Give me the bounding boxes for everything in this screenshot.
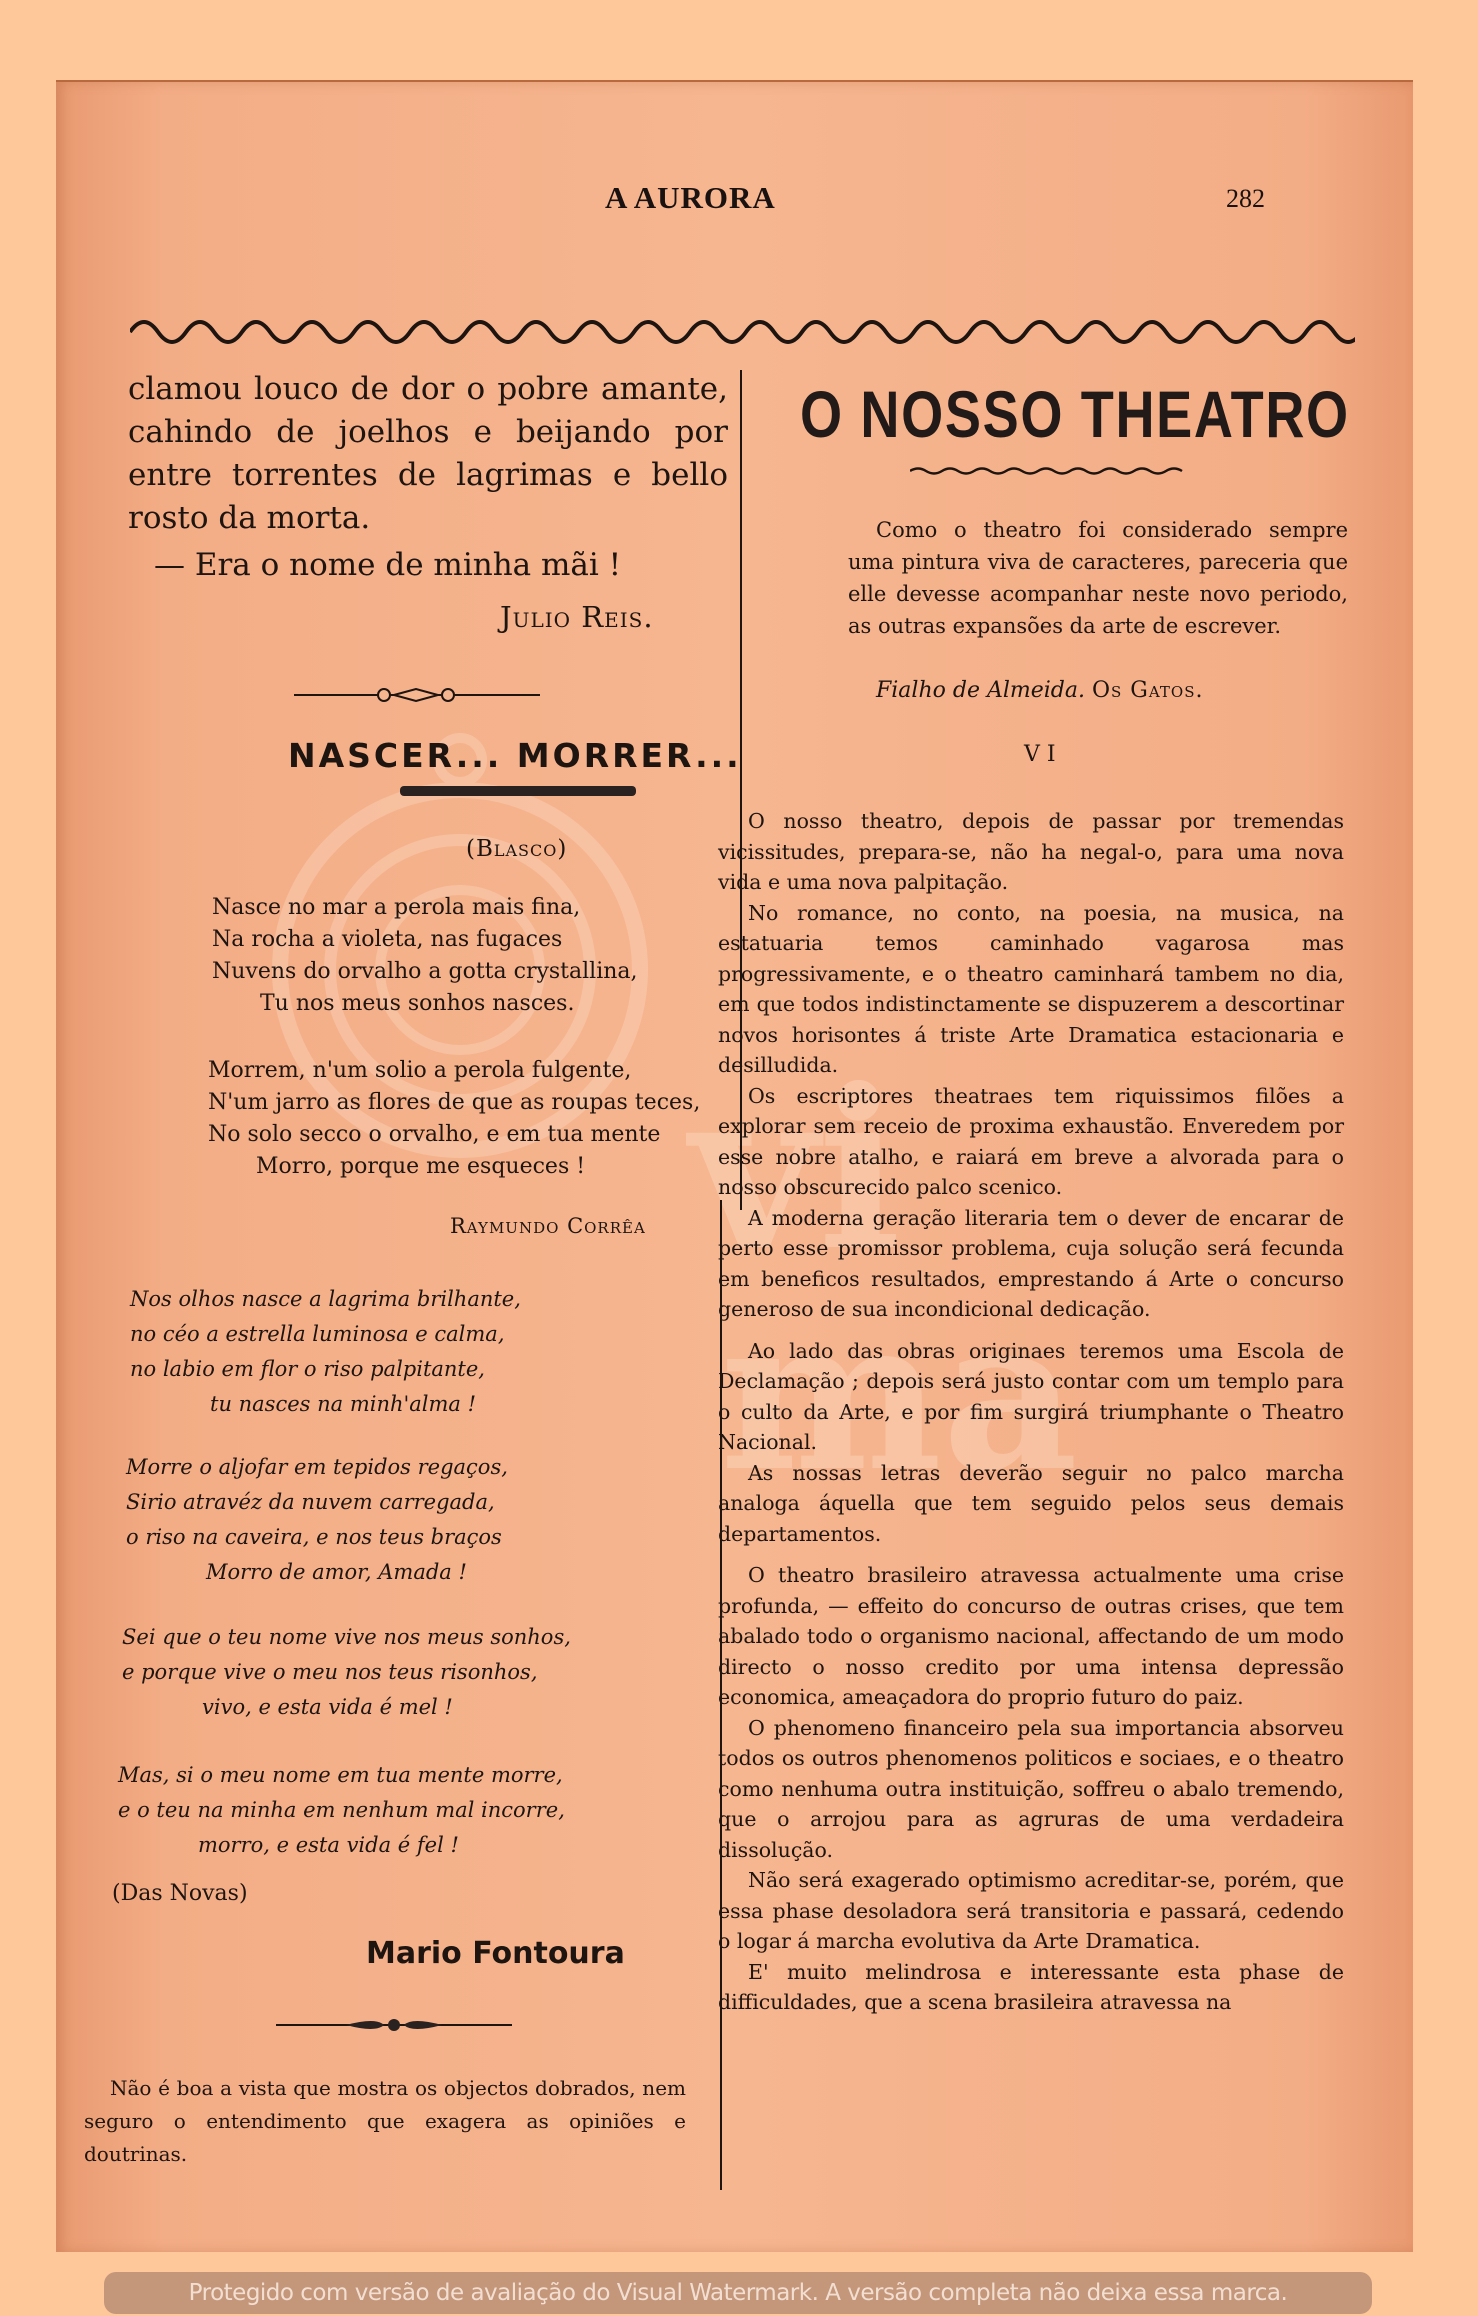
title-underline <box>400 786 636 796</box>
poem-title: NASCER... MORRER... <box>288 736 742 775</box>
stanza: Mas, si o meu nome em tua mente morre, e… <box>118 1758 565 1863</box>
ornament-divider-icon <box>294 688 540 702</box>
poem-author: Mario Fontoura <box>366 1936 625 1971</box>
poem-source: (Das Novas) <box>112 1878 248 1910</box>
story-dialog: — Era o nome de minha mãi ! <box>128 544 728 587</box>
stanza: Sei que o teu nome vive nos meus sonhos,… <box>122 1620 571 1725</box>
paragraph: O nosso theatro, depois de passar por tr… <box>718 806 1344 898</box>
paragraph: Não será exagerado optimismo acreditar-s… <box>718 1865 1344 1957</box>
page-number: 282 <box>1226 184 1265 214</box>
journal-title: A AURORA <box>605 180 776 216</box>
stanza: Nasce no mar a perola mais fina, Na roch… <box>212 892 638 1020</box>
watermark-banner: Protegido com versão de avaliação do Vis… <box>104 2272 1372 2314</box>
squiggle-divider-icon <box>910 464 1185 478</box>
paragraph: No romance, no conto, na poesia, na musi… <box>718 898 1344 1081</box>
epigraph-source: Fialho de Almeida. Os Gatos. <box>876 678 1203 703</box>
article-title: O NOSSO THEATRO <box>800 376 1350 452</box>
ornament-divider-icon <box>276 2016 512 2034</box>
story-paragraph: clamou louco de dor o pobre amante, cahi… <box>128 368 728 540</box>
article-body: O nosso theatro, depois de passar por tr… <box>718 806 1344 2018</box>
poem-translator: Raymundo Corrêa <box>450 1214 646 1238</box>
section-number: V I <box>1024 742 1056 767</box>
stanza: Morre o aljofar em tepidos regaços, Siri… <box>126 1450 508 1590</box>
paragraph: Os escriptores theatraes tem riquissimos… <box>718 1081 1344 1203</box>
maxim: Não é boa a vista que mostra os objectos… <box>84 2072 686 2171</box>
paragraph: As nossas letras deverão seguir no palco… <box>718 1458 1344 1550</box>
stanza: Morrem, n'um solio a perola fulgente, N'… <box>208 1055 700 1183</box>
paragraph: A moderna geração literaria tem o dever … <box>718 1203 1344 1325</box>
paragraph: E' muito melindrosa e interessante esta … <box>718 1957 1344 2018</box>
stanza: Nos olhos nasce a lagrima brilhante, no … <box>130 1282 521 1422</box>
story-ending: clamou louco de dor o pobre amante, cahi… <box>128 368 728 587</box>
wave-rule-divider <box>130 314 1355 344</box>
paragraph: O phenomeno financeiro pela sua importan… <box>718 1713 1344 1866</box>
story-signature: Julio Reis. <box>500 600 654 634</box>
paragraph: Ao lado das obras originaes teremos uma … <box>718 1336 1344 1458</box>
paragraph: O theatro brasileiro atravessa actualmen… <box>718 1560 1344 1713</box>
poem-original-author: (Blasco) <box>466 836 567 862</box>
epigraph: Como o theatro foi considerado sempre um… <box>848 514 1348 642</box>
